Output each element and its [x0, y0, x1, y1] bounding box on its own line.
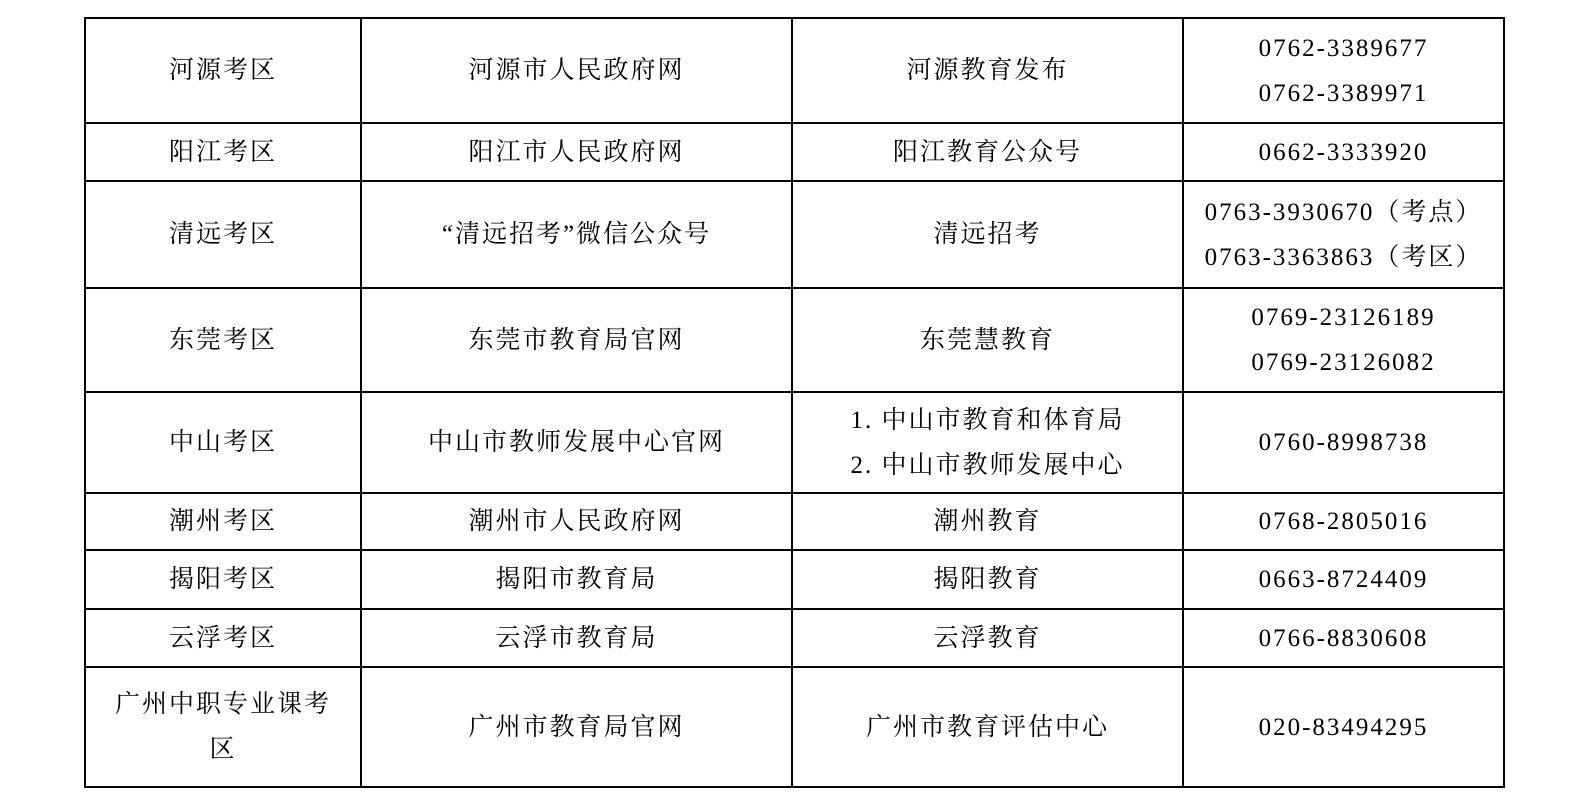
exam-area-cell: 阳江考区 — [85, 123, 361, 181]
exam-area-cell: 潮州考区 — [85, 493, 361, 550]
phone-cell: 0768-2805016 — [1183, 493, 1504, 550]
exam-area-cell: 东莞考区 — [85, 288, 361, 392]
website-cell: 潮州市人民政府网 — [361, 493, 792, 550]
phone-cell: 020-83494295 — [1183, 667, 1504, 787]
exam-area-cell: 广州中职专业课考区 — [85, 667, 361, 787]
public-account-cell: 阳江教育公众号 — [792, 123, 1183, 181]
table-body: 河源考区 河源市人民政府网 河源教育发布 0762-33896770762-33… — [85, 18, 1504, 787]
website-cell: 河源市人民政府网 — [361, 18, 792, 123]
public-account-cell: 河源教育发布 — [792, 18, 1183, 123]
website-cell: 云浮市教育局 — [361, 609, 792, 667]
phone-cell: 0662-3333920 — [1183, 123, 1504, 181]
table-row: 阳江考区 阳江市人民政府网 阳江教育公众号 0662-3333920 — [85, 123, 1504, 181]
phone-cell: 0769-231261890769-23126082 — [1183, 288, 1504, 392]
public-account-cell: 广州市教育评估中心 — [792, 667, 1183, 787]
public-account-cell: 1. 中山市教育和体育局2. 中山市教师发展中心 — [792, 392, 1183, 493]
website-cell: 中山市教师发展中心官网 — [361, 392, 792, 493]
website-cell: 东莞市教育局官网 — [361, 288, 792, 392]
public-account-cell: 东莞慧教育 — [792, 288, 1183, 392]
website-cell: 揭阳市教育局 — [361, 550, 792, 609]
website-cell: “清远招考”微信公众号 — [361, 181, 792, 288]
phone-cell: 0766-8830608 — [1183, 609, 1504, 667]
website-cell: 广州市教育局官网 — [361, 667, 792, 787]
table-row: 揭阳考区 揭阳市教育局 揭阳教育 0663-8724409 — [85, 550, 1504, 609]
table-row: 东莞考区 东莞市教育局官网 东莞慧教育 0769-231261890769-23… — [85, 288, 1504, 392]
exam-area-cell: 云浮考区 — [85, 609, 361, 667]
table-row: 中山考区 中山市教师发展中心官网 1. 中山市教育和体育局2. 中山市教师发展中… — [85, 392, 1504, 493]
phone-cell: 0663-8724409 — [1183, 550, 1504, 609]
table-row: 云浮考区 云浮市教育局 云浮教育 0766-8830608 — [85, 609, 1504, 667]
phone-cell: 0762-33896770762-3389971 — [1183, 18, 1504, 123]
public-account-cell: 云浮教育 — [792, 609, 1183, 667]
phone-cell: 0760-8998738 — [1183, 392, 1504, 493]
exam-area-cell: 中山考区 — [85, 392, 361, 493]
document-page: 河源考区 河源市人民政府网 河源教育发布 0762-33896770762-33… — [0, 0, 1587, 810]
public-account-cell: 潮州教育 — [792, 493, 1183, 550]
phone-cell: 0763-3930670（考点）0763-3363863（考区） — [1183, 181, 1504, 288]
table-row: 广州中职专业课考区 广州市教育局官网 广州市教育评估中心 020-8349429… — [85, 667, 1504, 787]
public-account-cell: 清远招考 — [792, 181, 1183, 288]
table-row: 河源考区 河源市人民政府网 河源教育发布 0762-33896770762-33… — [85, 18, 1504, 123]
exam-area-cell: 揭阳考区 — [85, 550, 361, 609]
website-cell: 阳江市人民政府网 — [361, 123, 792, 181]
exam-area-cell: 清远考区 — [85, 181, 361, 288]
table-row: 潮州考区 潮州市人民政府网 潮州教育 0768-2805016 — [85, 493, 1504, 550]
table-row: 清远考区 “清远招考”微信公众号 清远招考 0763-3930670（考点）07… — [85, 181, 1504, 288]
exam-area-cell: 河源考区 — [85, 18, 361, 123]
public-account-cell: 揭阳教育 — [792, 550, 1183, 609]
exam-district-contact-table: 河源考区 河源市人民政府网 河源教育发布 0762-33896770762-33… — [84, 17, 1505, 788]
